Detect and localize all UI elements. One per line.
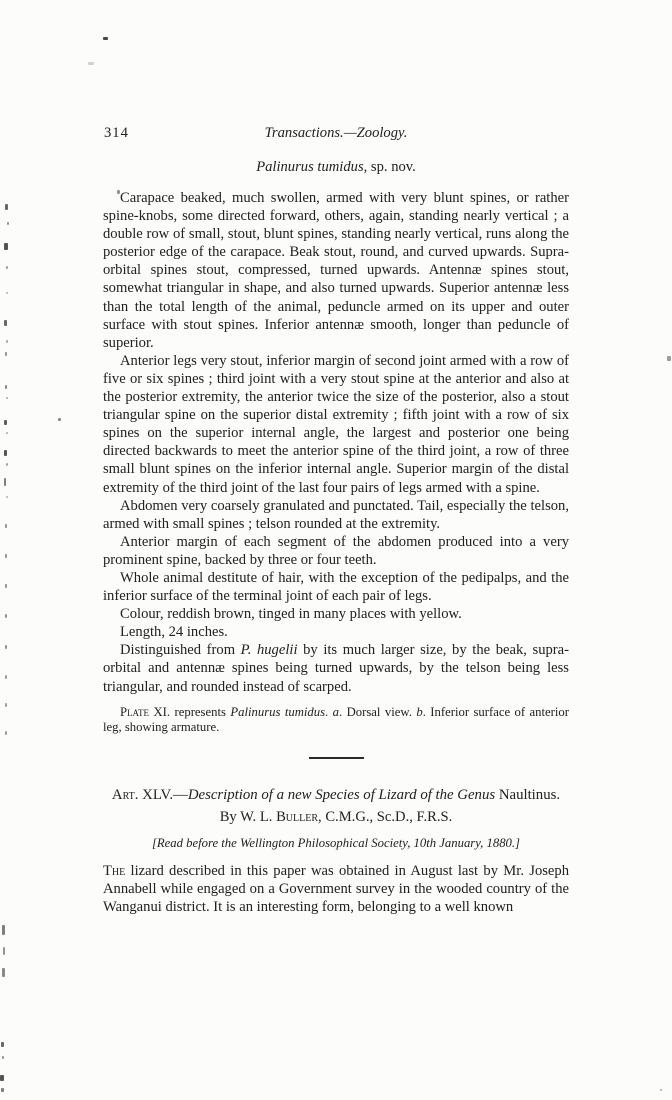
- scan-speck: [58, 418, 61, 421]
- species-paragraph: Distinguished from P. hugelii by its muc…: [103, 641, 569, 695]
- scan-speck: [6, 496, 8, 498]
- scan-speck: [5, 524, 7, 528]
- scan-speck: [5, 204, 8, 210]
- page-header: 314 Transactions.—Zoology.: [103, 125, 569, 142]
- scan-speck: [667, 356, 671, 361]
- species-paragraph: Length, 24 inches.: [103, 623, 569, 641]
- scan-speck: [6, 463, 8, 466]
- scan-speck: [6, 266, 8, 269]
- article-paragraph: The lizard described in this paper was o…: [103, 862, 569, 916]
- scan-speck: [5, 385, 7, 389]
- species-paragraph: Whole animal destitute of hair, with the…: [103, 569, 569, 605]
- scan-speck: [0, 1075, 4, 1081]
- scan-speck: [5, 352, 7, 356]
- scan-speck: [117, 190, 120, 194]
- scan-speck: [5, 703, 7, 707]
- scan-speck: [1, 1088, 4, 1092]
- scan-speck: [6, 432, 8, 434]
- scan-speck: [7, 222, 9, 225]
- scan-speck: [5, 614, 7, 618]
- scan-speck: [5, 731, 7, 735]
- scan-speck: [4, 450, 7, 456]
- scan-speck: [660, 1089, 662, 1091]
- plate-note: Plate XI. represents Palinurus tumidus. …: [103, 705, 569, 737]
- scanned-page: 314 Transactions.—Zoology. Palinurus tum…: [0, 0, 672, 1100]
- scan-speck: [5, 675, 7, 679]
- scan-speck: [4, 420, 7, 425]
- scan-speck: [4, 320, 7, 326]
- read-before-note: [Read before the Wellington Philosophica…: [103, 835, 569, 851]
- scan-speck: [6, 292, 8, 294]
- scan-speck: [5, 554, 7, 558]
- scan-speck: [2, 1056, 4, 1059]
- scan-speck: [1, 1042, 4, 1047]
- species-paragraph: Abdomen very coarsely granulated and pun…: [103, 497, 569, 533]
- scan-speck: [2, 968, 5, 977]
- page-number: 314: [104, 125, 129, 142]
- article-byline: By W. L. Buller, C.M.G., Sc.D., F.R.S.: [103, 808, 569, 826]
- section-divider: [309, 757, 364, 759]
- species-paragraph: Anterior margin of each segment of the a…: [103, 533, 569, 569]
- scan-speck: [3, 947, 5, 955]
- scan-speck: [5, 584, 7, 588]
- species-paragraph: Carapace beaked, much swollen, armed wit…: [103, 189, 569, 352]
- article-heading: Art. XLV.—Description of a new Species o…: [103, 786, 569, 805]
- species-paragraph: Anterior legs very stout, inferior margi…: [103, 352, 569, 497]
- scan-speck: [6, 340, 8, 343]
- scan-speck: [88, 62, 94, 65]
- text-block: 314 Transactions.—Zoology. Palinurus tum…: [103, 125, 569, 917]
- running-title: Transactions.—Zoology.: [265, 125, 408, 141]
- scan-speck: [2, 925, 5, 935]
- scan-speck: [5, 645, 7, 649]
- scan-speck: [103, 37, 108, 40]
- scan-speck: [4, 478, 6, 486]
- species-heading: Palinurus tumidus, sp. nov.: [103, 158, 569, 176]
- species-paragraph: Colour, reddish brown, tinged in many pl…: [103, 605, 569, 623]
- scan-speck: [6, 397, 8, 399]
- scan-speck: [4, 243, 8, 250]
